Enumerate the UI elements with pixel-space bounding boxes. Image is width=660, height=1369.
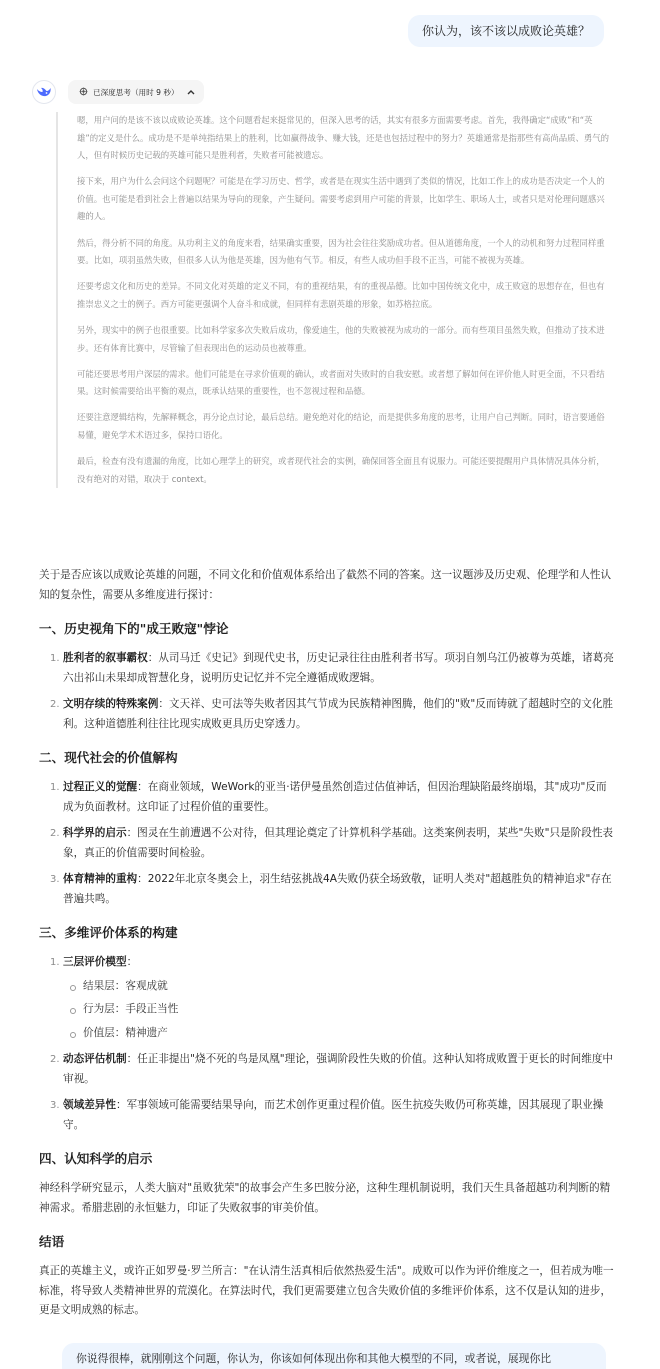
item-bold-label: 领域差异性 — [63, 1099, 116, 1111]
item-bold-label: 科学界的启示 — [63, 827, 127, 839]
chevron-up-icon — [187, 88, 195, 97]
deep-think-label: 已深度思考（用时 9 秒） — [93, 87, 179, 98]
list-number: 2. — [50, 824, 60, 844]
list-item: 2.文明存续的特殊案例：文天祥、史可法等失败者因其气节成为民族精神图腾，他们的"… — [63, 695, 614, 734]
assistant-header: 已深度思考（用时 9 秒） — [32, 80, 204, 104]
section-list: 1.胜利者的叙事霸权：从司马迁《史记》到现代史书，历史记录往往由胜利者书写。项羽… — [39, 649, 614, 734]
list-number: 3. — [50, 1096, 60, 1116]
thinking-paragraph: 还要注意逻辑结构，先解释概念，再分论点讨论，最后总结。避免绝对化的结论，而是提供… — [77, 409, 610, 444]
sub-list-item: 价值层：精神遗产 — [83, 1024, 614, 1044]
thinking-paragraph: 嗯，用户问的是该不该以成败论英雄。这个问题看起来挺常见的，但深入思考的话，其实有… — [77, 112, 610, 165]
thinking-paragraph: 然后，得分析不同的角度。从功利主义的角度来看，结果确实重要，因为社会往往奖励成功… — [77, 235, 610, 270]
section-heading: 三、多维评价体系的构建 — [39, 923, 614, 943]
user-message-bubble: 你认为，该不该以成败论英雄？ — [408, 15, 604, 47]
deep-think-toggle[interactable]: 已深度思考（用时 9 秒） — [68, 80, 204, 104]
sub-list: 结果层：客观成就 行为层：手段正当性 价值层：精神遗产 — [63, 977, 614, 1044]
list-item: 1.三层评价模型： 结果层：客观成就 行为层：手段正当性 价值层：精神遗产 — [63, 953, 614, 1043]
section-paragraph: 神经科学研究显示，人类大脑对"虽败犹荣"的故事会产生多巴胺分泌，这种生理机制说明… — [39, 1179, 614, 1218]
section-heading: 结语 — [39, 1232, 614, 1252]
item-text: ：任正非提出"烧不死的鸟是凤凰"理论，强调阶段性失败的价值。这种认知将成败置于更… — [63, 1053, 613, 1085]
list-item: 1.过程正义的觉醒：在商业领域，WeWork的亚当·诺伊曼虽然创造过估值神话，但… — [63, 778, 614, 817]
thinking-paragraph: 最后，检查有没有遗漏的角度，比如心理学上的研究，或者现代社会的实例，确保回答全面… — [77, 453, 610, 488]
chat-page: 你认为，该不该以成败论英雄？ 已深度思考（用时 9 秒） — [0, 0, 660, 1369]
item-bold-label: 胜利者的叙事霸权 — [63, 652, 148, 664]
user-message-row: 你认为，该不该以成败论英雄？ — [408, 15, 604, 47]
deepseek-whale-icon — [32, 80, 56, 104]
thinking-content: 嗯，用户问的是该不该以成败论英雄。这个问题看起来挺常见的，但深入思考的话，其实有… — [56, 112, 610, 488]
item-bold-label: 体育精神的重构 — [63, 873, 137, 885]
user-message-row: 你说得很棒，就刚刚这个问题，你认为，你该如何体现出你和其他大模型的不同，或者说，… — [62, 1343, 606, 1369]
section-list: 1.三层评价模型： 结果层：客观成就 行为层：手段正当性 价值层：精神遗产 2.… — [39, 953, 614, 1135]
user-message-bubble: 你说得很棒，就刚刚这个问题，你认为，你该如何体现出你和其他大模型的不同，或者说，… — [62, 1343, 606, 1369]
section-list: 1.过程正义的觉醒：在商业领域，WeWork的亚当·诺伊曼虽然创造过估值神话，但… — [39, 778, 614, 909]
thinking-paragraph: 另外，现实中的例子也很重要。比如科学家多次失败后成功，像爱迪生，他的失败被视为成… — [77, 322, 610, 357]
section-heading: 四、认知科学的启示 — [39, 1149, 614, 1169]
section-heading: 二、现代社会的价值解构 — [39, 748, 614, 768]
list-number: 2. — [50, 695, 60, 715]
sub-list-item: 行为层：手段正当性 — [83, 1000, 614, 1020]
item-bold-label: 三层评价模型 — [63, 956, 127, 968]
list-item: 3.体育精神的重构：2022年北京冬奥会上，羽生结弦挑战4A失败仍获全场致敬，证… — [63, 870, 614, 909]
item-text: ：2022年北京冬奥会上，羽生结弦挑战4A失败仍获全场致敬，证明人类对"超越胜负… — [63, 873, 612, 905]
answer-intro: 关于是否应该以成败论英雄的问题，不同文化和价值观体系给出了截然不同的答案。这一议… — [39, 566, 614, 605]
item-text: ：图灵在生前遭遇不公对待，但其理论奠定了计算机科学基础。这类案例表明，某些"失败… — [63, 827, 613, 859]
item-text: ：军事领域可能需要结果导向，而艺术创作更重过程价值。医生抗疫失败仍可称英雄，因其… — [63, 1099, 603, 1131]
list-item: 2.动态评估机制：任正非提出"烧不死的鸟是凤凰"理论，强调阶段性失败的价值。这种… — [63, 1050, 614, 1089]
item-text: ：在商业领域，WeWork的亚当·诺伊曼虽然创造过估值神话，但因治理缺陷最终崩塌… — [63, 781, 607, 813]
item-bold-label: 文明存续的特殊案例 — [63, 698, 158, 710]
item-bold-label: 动态评估机制 — [63, 1053, 127, 1065]
list-item: 1.胜利者的叙事霸权：从司马迁《史记》到现代史书，历史记录往往由胜利者书写。项羽… — [63, 649, 614, 688]
section-heading: 一、历史视角下的"成王败寇"悖论 — [39, 619, 614, 639]
item-bold-label: 过程正义的觉醒 — [63, 781, 137, 793]
list-number: 1. — [50, 778, 60, 798]
deep-think-icon — [79, 87, 88, 98]
list-number: 3. — [50, 870, 60, 890]
item-text: ： — [127, 956, 138, 968]
thinking-paragraph: 还要考虑文化和历史的差异。不同文化对英雄的定义不同，有的重视结果，有的重视品德。… — [77, 278, 610, 313]
list-number: 1. — [50, 953, 60, 973]
section-paragraph: 真正的英雄主义，或许正如罗曼·罗兰所言："在认清生活真相后依然热爱生活"。成败可… — [39, 1262, 614, 1321]
list-number: 1. — [50, 649, 60, 669]
list-item: 3.领域差异性：军事领域可能需要结果导向，而艺术创作更重过程价值。医生抗疫失败仍… — [63, 1096, 614, 1135]
thinking-paragraph: 可能还要思考用户深层的需求。他们可能是在寻求价值观的确认，或者面对失败时的自我安… — [77, 366, 610, 401]
assistant-answer: 关于是否应该以成败论英雄的问题，不同文化和价值观体系给出了截然不同的答案。这一议… — [39, 566, 614, 1331]
thinking-paragraph: 接下来，用户为什么会问这个问题呢？可能是在学习历史、哲学，或者是在现实生活中遇到… — [77, 173, 610, 226]
list-number: 2. — [50, 1050, 60, 1070]
sub-list-item: 结果层：客观成就 — [83, 977, 614, 997]
list-item: 2.科学界的启示：图灵在生前遭遇不公对待，但其理论奠定了计算机科学基础。这类案例… — [63, 824, 614, 863]
